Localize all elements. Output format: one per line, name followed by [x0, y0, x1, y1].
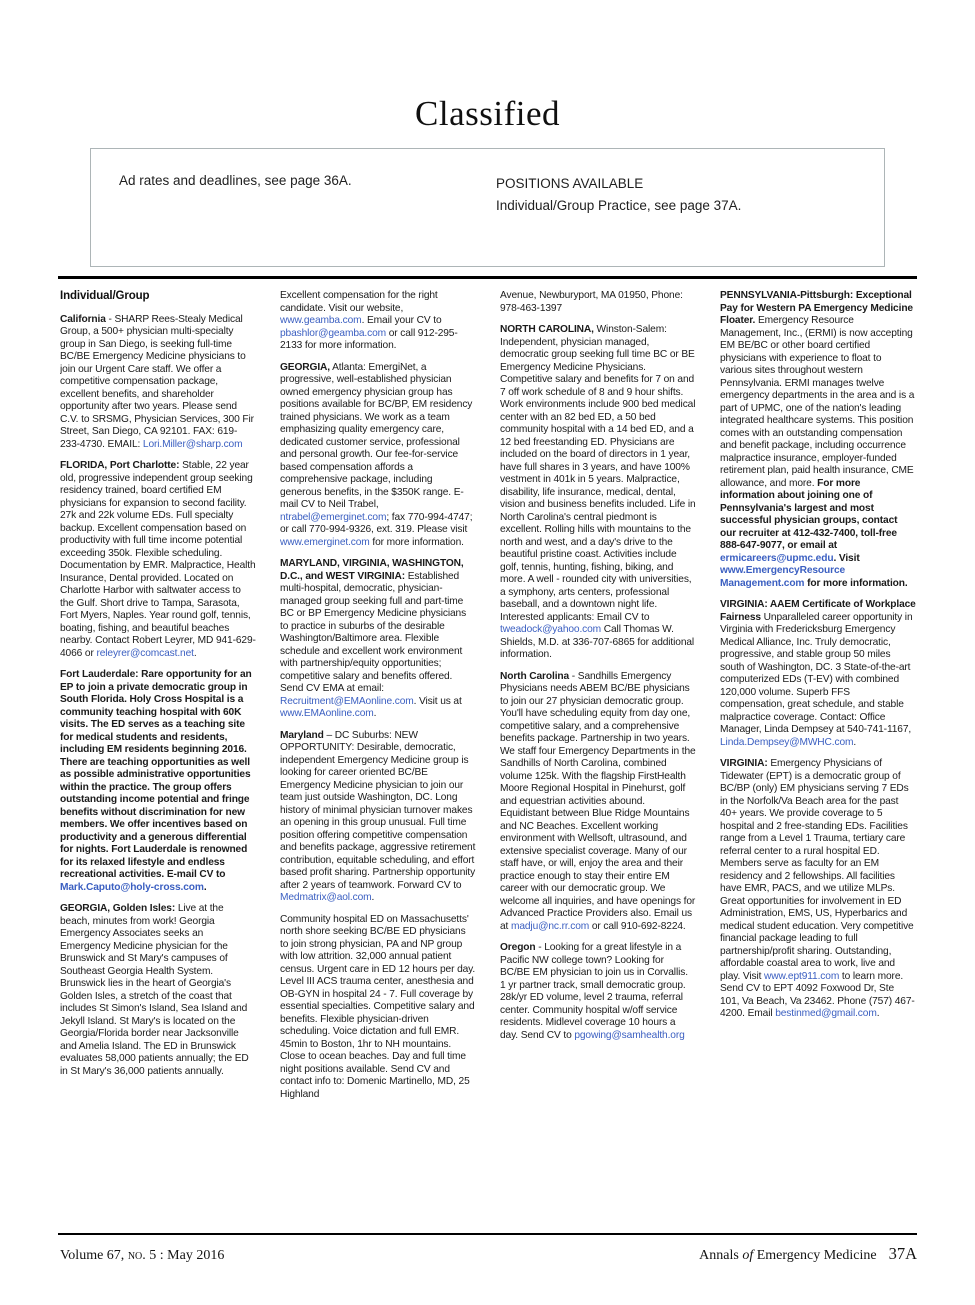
ad-text: GEORGIA, Golden Isles: — [60, 903, 175, 914]
ad-text: Emergency Resource Management, Inc., (ER… — [720, 315, 914, 489]
classified-ad: VIRGINIA: AAEM Certificate of Workplace … — [720, 599, 916, 749]
ad-text: - Looking for a great lifestyle in a Pac… — [500, 942, 688, 1041]
ad-link[interactable]: tweadock@yahoo.com — [500, 624, 601, 635]
header-rule — [58, 276, 917, 279]
ad-text: Winston-Salem: Independent, physician ma… — [500, 324, 696, 623]
ad-link[interactable]: pgowing@samhealth.org — [574, 1030, 684, 1041]
classified-ad: North Carolina - Sandhills Emergency Phy… — [500, 671, 696, 934]
ad-text: Excellent compensation for the right can… — [280, 290, 438, 314]
ad-text: Atlanta: EmergiNet, a progressive, well-… — [280, 362, 472, 511]
footer-rule — [58, 1233, 917, 1235]
ad-text: - Sandhills Emergency Physicians needs A… — [500, 671, 696, 932]
ad-text: . — [853, 737, 856, 748]
classified-ad: FLORIDA, Port Charlotte: Stable, 22 year… — [60, 460, 256, 660]
ad-text: Established multi-hospital, democratic, … — [280, 571, 466, 695]
journal-page: Classified Ad rates and deadlines, see p… — [0, 0, 975, 1305]
practice-see-page-line: Individual/Group Practice, see page 37A. — [496, 195, 741, 217]
ad-text: . — [372, 892, 375, 903]
footer-volume-suffix: : May 2016 — [156, 1248, 224, 1263]
ad-link[interactable]: www.geamba.com — [280, 315, 362, 326]
ad-text: VIRGINIA: — [720, 758, 768, 769]
ad-text: FLORIDA, Port Charlotte: — [60, 460, 179, 471]
ad-text: . Visit — [833, 553, 859, 564]
classified-columns: Individual/GroupCalifornia - SHARP Rees-… — [60, 290, 916, 1231]
column-3: Avenue, Newburyport, MA 01950, Phone: 97… — [500, 290, 696, 1231]
ad-text: Live at the beach, minutes from work! Ge… — [60, 903, 249, 1077]
ad-text: Emergency Physicians of Tidewater (EPT) … — [720, 758, 914, 982]
footer-journal: Annals of Emergency Medicine37A — [699, 1244, 917, 1264]
ad-link[interactable]: bestinmed@gmail.com — [775, 1008, 877, 1019]
footer-journal-of: of — [742, 1248, 753, 1263]
ad-text: – DC Suburbs: NEW OPPORTUNITY: Desirable… — [280, 730, 475, 891]
ad-link[interactable]: www.EMAonline.com — [280, 708, 374, 719]
ad-text: Fort Lauderdale: Rare opportunity for an… — [60, 669, 252, 880]
classified-ad: MARYLAND, VIRGINIA, WASHINGTON, D.C., an… — [280, 558, 476, 721]
ad-text: Avenue, Newburyport, MA 01950, Phone: 97… — [500, 290, 683, 314]
ad-link[interactable]: releyrer@comcast.net — [96, 648, 193, 659]
classified-ad: PENNSYLVANIA-Pittsburgh: Exceptional Pay… — [720, 290, 916, 590]
ad-text: . — [194, 648, 197, 659]
column-1: Individual/GroupCalifornia - SHARP Rees-… — [60, 290, 256, 1231]
classified-ad: California - SHARP Rees-Stealy Medical G… — [60, 314, 256, 452]
notice-box: Ad rates and deadlines, see page 36A. PO… — [90, 148, 885, 267]
positions-available-line: POSITIONS AVAILABLE — [496, 173, 741, 195]
ad-rates-note: Ad rates and deadlines, see page 36A. — [119, 173, 352, 188]
ad-text: - SHARP Rees-Stealy Medical Group, a 500… — [60, 314, 254, 450]
ad-link[interactable]: ntrabel@emerginet.com — [280, 512, 386, 523]
classified-ad: Excellent compensation for the right can… — [280, 290, 476, 353]
classified-ad: VIRGINIA: Emergency Physicians of Tidewa… — [720, 758, 916, 1021]
ad-link[interactable]: Lori.Miller@sharp.com — [143, 439, 243, 450]
ad-text: GEORGIA, — [280, 362, 330, 373]
ad-link[interactable]: Mark.Caputo@holy-cross.com — [60, 882, 204, 893]
ad-text: Stable, 22 year old, progressive indepen… — [60, 460, 256, 659]
ad-text: or call 910-692-8224. — [589, 921, 685, 932]
positions-available-block: POSITIONS AVAILABLE Individual/Group Pra… — [496, 173, 741, 217]
classified-ad: NORTH CAROLINA, Winston-Salem: Independe… — [500, 324, 696, 662]
ad-link[interactable]: Linda.Dempsey@MWHC.com — [720, 737, 853, 748]
column-2: Excellent compensation for the right can… — [280, 290, 476, 1231]
ad-text: . Email your CV to — [362, 315, 442, 326]
classified-ad: Maryland – DC Suburbs: NEW OPPORTUNITY: … — [280, 730, 476, 905]
ad-text: Oregon — [500, 942, 536, 953]
ad-link[interactable]: www.emerginet.com — [280, 537, 370, 548]
page-number: 37A — [889, 1244, 917, 1263]
classified-ad: Avenue, Newburyport, MA 01950, Phone: 97… — [500, 290, 696, 315]
section-heading: Individual/Group — [60, 290, 256, 303]
footer-journal-name2: Emergency Medicine — [753, 1248, 876, 1263]
footer-volume-prefix: Volume 67, — [60, 1248, 128, 1263]
ad-text: Community hospital ED on Massachusetts' … — [280, 914, 475, 1100]
classified-ad: Oregon - Looking for a great lifestyle i… — [500, 942, 696, 1042]
ad-link[interactable]: Recruitment@EMAonline.com — [280, 696, 414, 707]
ad-text: . — [374, 708, 377, 719]
classified-ad: Community hospital ED on Massachusetts' … — [280, 914, 476, 1102]
footer-volume: Volume 67, no. 5 : May 2016 — [60, 1248, 224, 1264]
ad-text: for more information. — [804, 578, 907, 589]
classified-ad: GEORGIA, Atlanta: EmergiNet, a progressi… — [280, 362, 476, 550]
ad-text: Unparalleled career opportunity in Virgi… — [720, 612, 913, 736]
ad-link[interactable]: pbashlor@geamba.com — [280, 328, 386, 339]
column-4: PENNSYLVANIA-Pittsburgh: Exceptional Pay… — [720, 290, 916, 1231]
ad-link[interactable]: Medmatrix@aol.com — [280, 892, 372, 903]
ad-text: for more information. — [370, 537, 464, 548]
ad-link[interactable]: ermicareers@upmc.edu — [720, 553, 833, 564]
classified-ad: GEORGIA, Golden Isles: Live at the beach… — [60, 903, 256, 1078]
ad-text: NORTH CAROLINA, — [500, 324, 594, 335]
footer: Volume 67, no. 5 : May 2016 Annals of Em… — [60, 1244, 917, 1264]
ad-text: . — [204, 882, 207, 893]
ad-link[interactable]: madju@nc.rr.com — [511, 921, 589, 932]
ad-text: California — [60, 314, 106, 325]
ad-text: . Visit us at — [414, 696, 462, 707]
page-title: Classified — [0, 94, 975, 134]
footer-journal-name: Annals — [699, 1248, 742, 1263]
classified-ad: Fort Lauderdale: Rare opportunity for an… — [60, 669, 256, 894]
ad-text: . — [877, 1008, 880, 1019]
ad-text: North Carolina — [500, 671, 569, 682]
ad-link[interactable]: www.ept911.com — [764, 971, 839, 982]
footer-volume-number: no. 5 — [128, 1248, 156, 1263]
ad-text: Maryland — [280, 730, 324, 741]
